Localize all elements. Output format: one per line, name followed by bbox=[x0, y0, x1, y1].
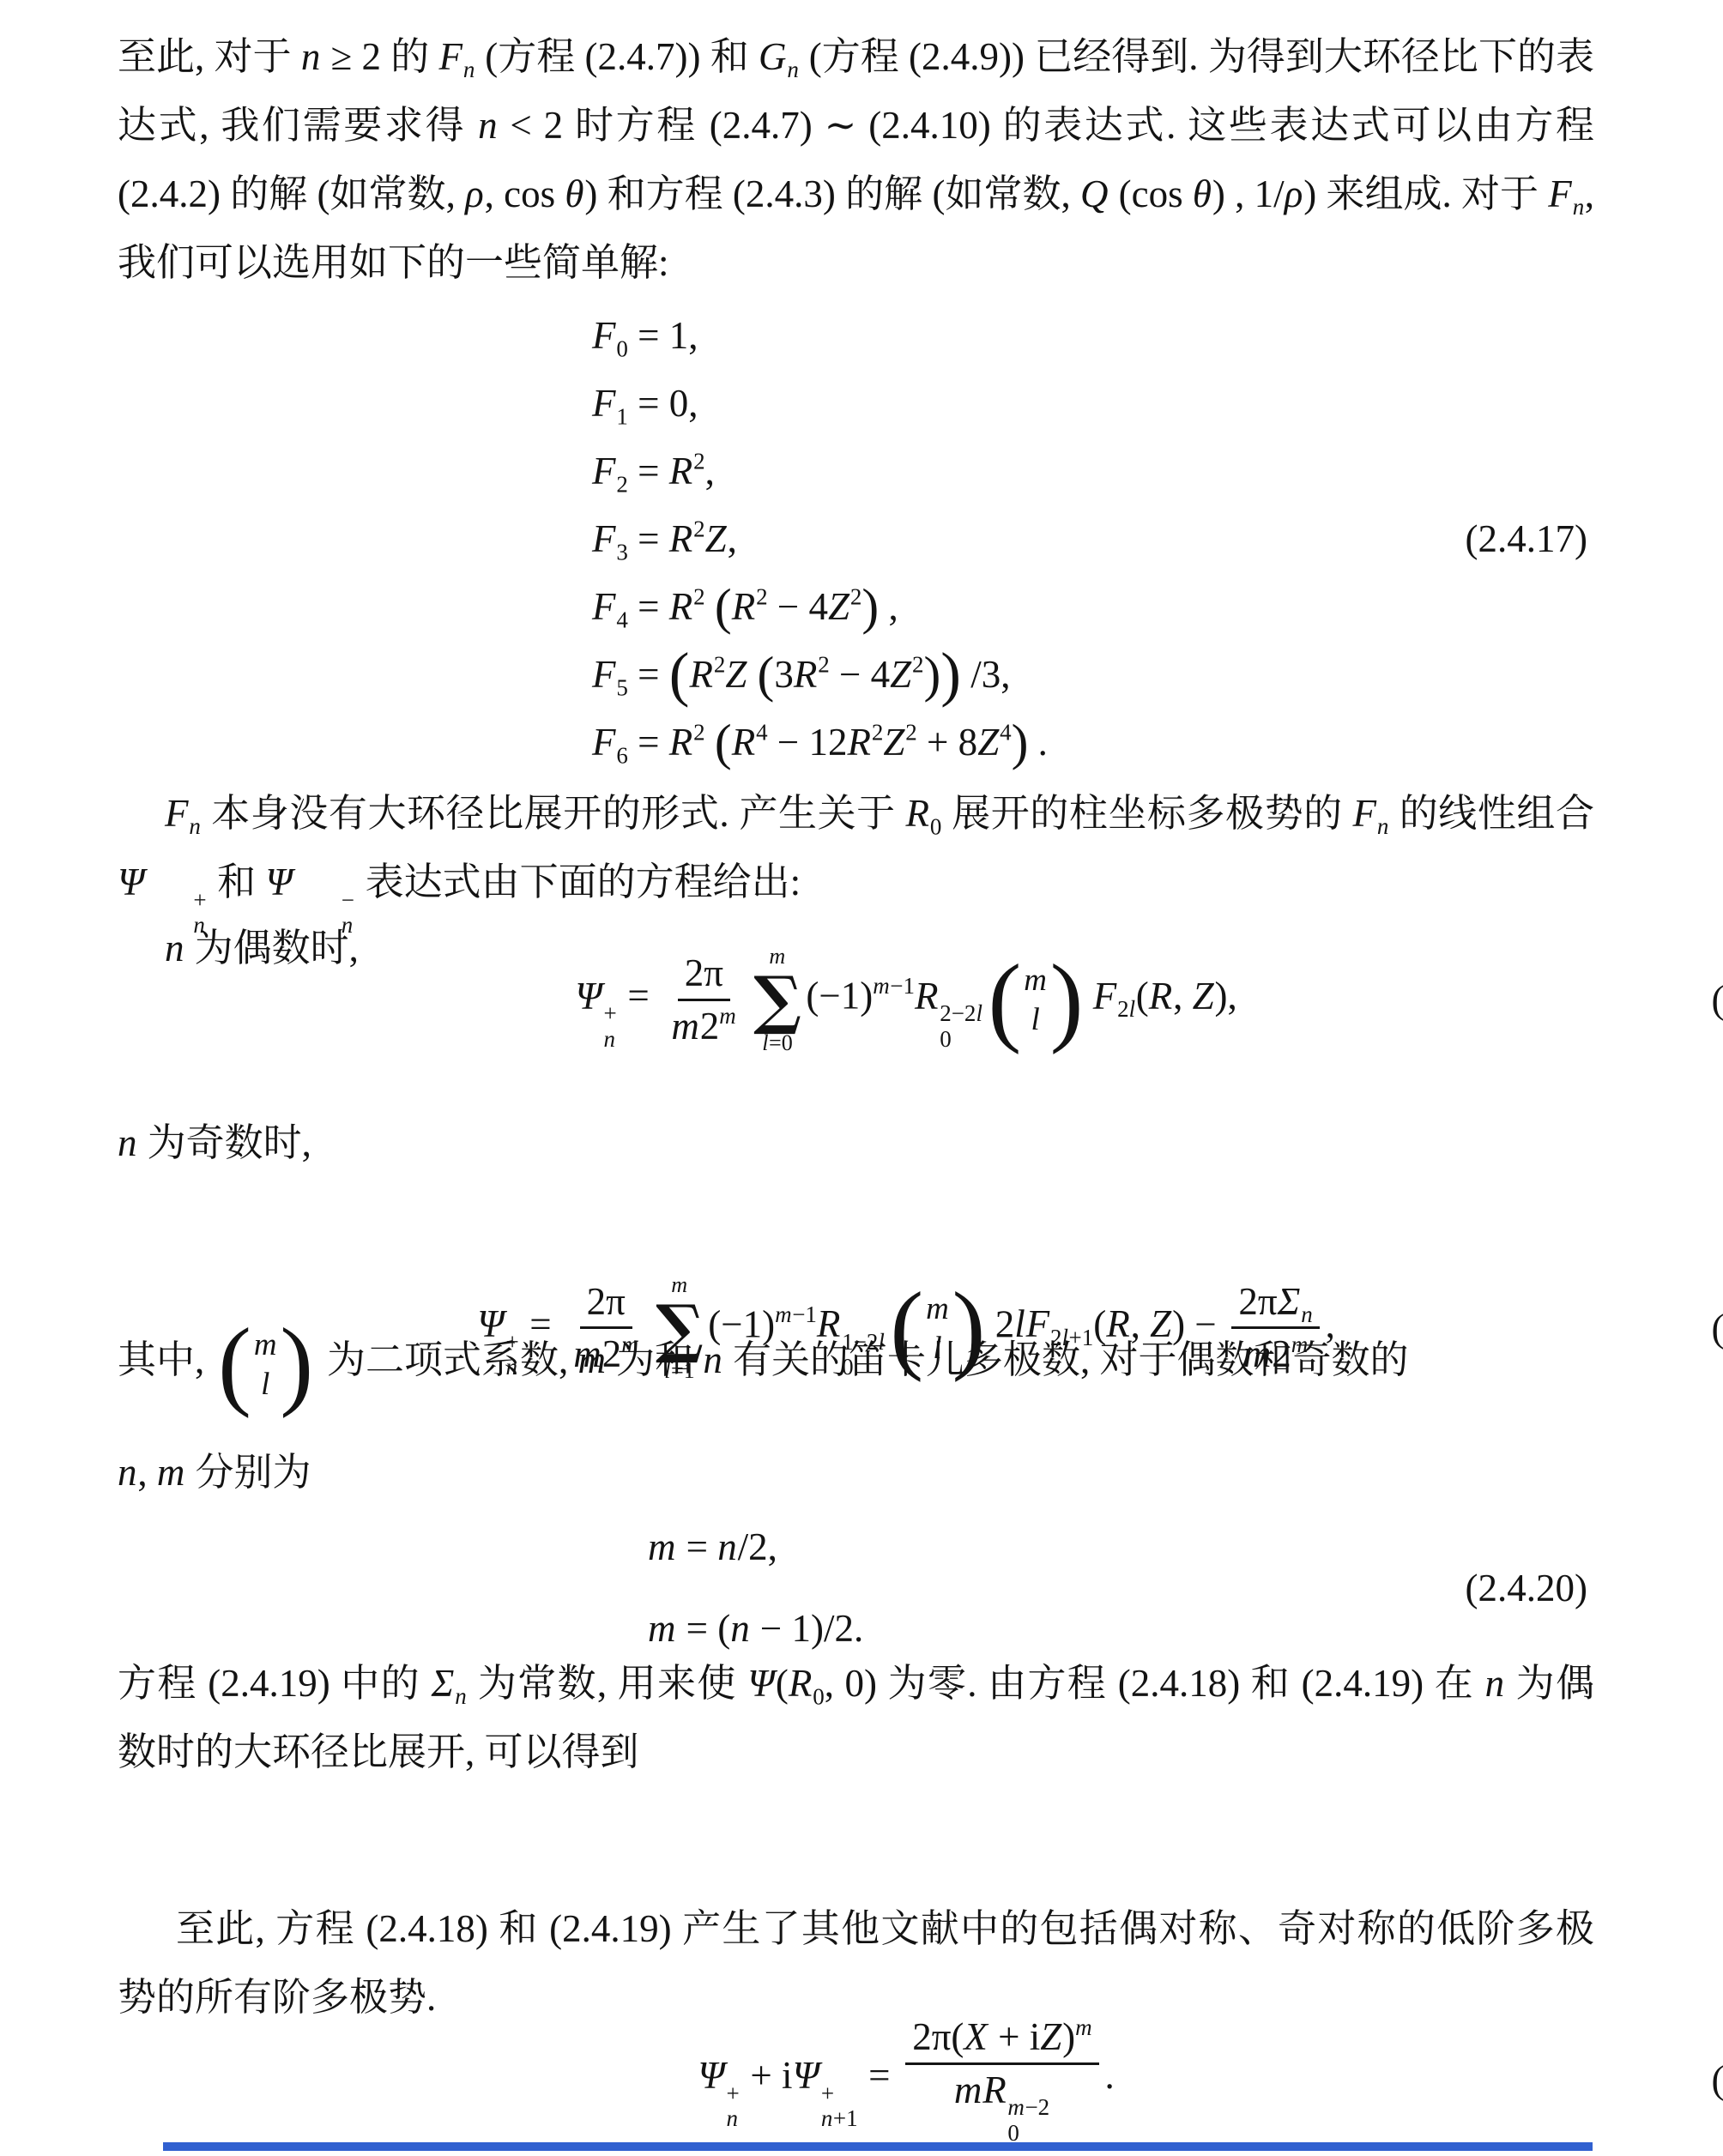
paragraph-conclusion: 至此, 方程 (2.4.18) 和 (2.4.19) 产生了其他文献中的包括偶对… bbox=[118, 1894, 1594, 2032]
line-nm-respectively: n, m 分别为 bbox=[118, 1438, 1594, 1507]
equation-number: (2.4.17) bbox=[1466, 505, 1587, 573]
equation-number: (2.4.21) bbox=[1712, 2057, 1723, 2102]
equation-line-f3: F3 = R2Z, bbox=[118, 505, 1594, 573]
equation-line-f2: F2 = R2, bbox=[118, 438, 1594, 505]
equation-line-f6: F6 = R2 (R4 − 12R2Z2 + 8Z4) . bbox=[118, 709, 1594, 776]
equation-line-f4: F4 = R2 (R2 − 4Z2) , bbox=[118, 573, 1594, 641]
equation-line-f5: F5 = (R2Z (3R2 − 4Z2)) /3, bbox=[118, 641, 1594, 709]
equation-body: Ψ+n = 2πm2mm∑l=0(−1)m−1R2−2l0(ml)F2l(R, … bbox=[575, 944, 1237, 1056]
page: 至此, 对于 n ≥ 2 的 Fn (方程 (2.4.7)) 和 Gn (方程 … bbox=[0, 0, 1723, 356]
paragraph-binomial: 其中, (ml) 为二项式系数, m 为和 n 有关的笛卡儿多极数, 对于偶数和… bbox=[118, 1321, 1594, 1406]
equation-2-4-18: Ψ+n = 2πm2mm∑l=0(−1)m−1R2−2l0(ml)F2l(R, … bbox=[118, 944, 1723, 1056]
equation-body: Ψ+n + iΨ+n+1 = 2π(X + iZ)mmRm−20. bbox=[698, 2014, 1115, 2146]
equation-line-f1: F1 = 0, bbox=[118, 370, 1594, 438]
equation-2-4-20: m = n/2, m = (n − 1)/2. (2.4.20) bbox=[118, 1507, 1594, 1670]
paragraph-sigma-constant: 方程 (2.4.19) 中的 Σn 为常数, 用来使 Ψ(R0, 0) 为零. … bbox=[118, 1649, 1594, 1786]
bottom-accent-bar bbox=[163, 2142, 1593, 2151]
equation-line-m-even: m = n/2, bbox=[118, 1507, 1594, 1588]
equation-line-f0: F0 = 1, bbox=[118, 302, 1594, 370]
equation-number: (2.4.20) bbox=[1466, 1566, 1587, 1610]
equation-number: (2.4.19) bbox=[1712, 1306, 1723, 1350]
equation-2-4-21: Ψ+n + iΨ+n+1 = 2π(X + iZ)mmRm−20. (2.4.2… bbox=[118, 2014, 1723, 2146]
line-n-odd: n 为奇数时, bbox=[118, 1108, 1594, 1177]
equation-number: (2.4.18) bbox=[1712, 977, 1723, 1022]
equation-2-4-17: F0 = 1, F1 = 0, F2 = R2, F3 = R2Z, F4 = … bbox=[118, 302, 1594, 776]
paragraph-intro: 至此, 对于 n ≥ 2 的 Fn (方程 (2.4.7)) 和 Gn (方程 … bbox=[118, 22, 1594, 297]
